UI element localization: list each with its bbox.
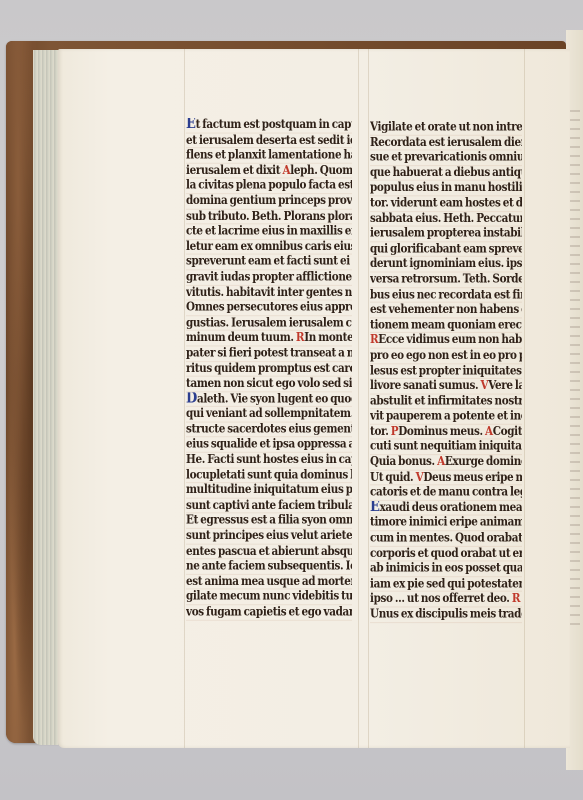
text-line: tionem meam quoniam erectus est inimicus… bbox=[370, 318, 522, 333]
text-line: ierusalem propterea instabilis facta est… bbox=[370, 227, 522, 242]
line-text: gravit iudas propter afflictionem et mul… bbox=[186, 270, 352, 283]
line-text: In monte oliveti oravit ad patrem bbox=[304, 331, 352, 344]
decorated-initial: E bbox=[186, 118, 196, 133]
line-text: tionem meam quoniam erectus est inimicus… bbox=[370, 318, 522, 331]
text-line: Unus ex discipulis meis tradet me hodie bbox=[370, 607, 522, 622]
text-line: He. Facti sunt hostes eius in capite ini… bbox=[186, 453, 352, 468]
text-column-left: Et factum est postquam in captivitatem d… bbox=[186, 118, 352, 620]
text-line: multitudine iniquitatum eius parvuli eiu… bbox=[186, 483, 352, 498]
line-text: cuti sunt nequitiam iniquitatem in excel… bbox=[370, 440, 522, 453]
text-line: eius squalide et ipsa oppressa amaritudi… bbox=[186, 438, 352, 453]
text-line: corporis et quod orabat ut eruerent bbox=[370, 547, 522, 562]
text-line: Daleth. Vie syon lugent eo quod non sint bbox=[186, 392, 352, 407]
line-text: aleth. Vie syon lugent eo quod non sint bbox=[197, 392, 352, 405]
text-line: ne ante faciem subsequentis. Ierusalem R… bbox=[186, 560, 352, 575]
line-text: populus eius in manu hostili et non esse… bbox=[370, 181, 522, 194]
line-text: structe sacerdotes eius gementes. virgin… bbox=[186, 423, 352, 436]
page-block-edges bbox=[33, 50, 61, 745]
line-text: flens et planxit lamentatione hac in bbox=[186, 148, 352, 161]
ruling-line bbox=[358, 49, 359, 748]
line-text: He. Facti sunt hostes eius in capite ini… bbox=[186, 453, 352, 466]
text-line: cum in mentes. Quod orabat ista vox bbox=[370, 531, 522, 546]
line-text: domina gentium princeps provinciarum fac… bbox=[186, 194, 352, 207]
text-line: populus eius in manu hostili et non esse… bbox=[370, 181, 522, 196]
text-line: tor. PDominus meus. ACogitaverunt impii … bbox=[370, 425, 522, 440]
line-text: tamen non sicut ego volo sed sicut tu vi… bbox=[186, 377, 352, 390]
line-text: corporis et quod orabat ut eruerent bbox=[370, 547, 522, 560]
ruling-line bbox=[524, 49, 525, 748]
line-text: multitudine iniquitatum eius parvuli eiu… bbox=[186, 483, 352, 496]
text-line: gustias. Ierusalem ierusalem convertere … bbox=[186, 316, 352, 331]
leather-binding-edge bbox=[6, 41, 36, 743]
text-line: livore sanati sumus. VVere languores nos… bbox=[370, 379, 522, 394]
text-line: spreverunt eam et facti sunt ei inimici.… bbox=[186, 255, 352, 270]
text-line: abstulit et infirmitates nostras ipse po… bbox=[370, 394, 522, 409]
text-line: Et egressus est a filia syon omnis decor… bbox=[186, 514, 352, 529]
line-text: est anima mea usque ad mortem sustinete … bbox=[186, 575, 352, 588]
text-line: Recordata est ierusalem dierum afflictio… bbox=[370, 135, 522, 150]
text-line: sabbata eius. Heth. Peccatum peccavit bbox=[370, 212, 522, 227]
text-line: ipso ... ut nos offerret deo. R bbox=[370, 592, 522, 607]
facing-page-ghost-text bbox=[570, 110, 580, 630]
line-text: cte et lacrime eius in maxillis eius non… bbox=[186, 225, 352, 238]
text-line: est vehementer non habens consolatorem. … bbox=[370, 303, 522, 318]
text-line: letur eam ex omnibus caris eius. Omnes a… bbox=[186, 240, 352, 255]
text-line: vitutis. habitavit inter gentes nec inve… bbox=[186, 285, 352, 300]
rubric-initial: R bbox=[512, 592, 520, 605]
rubric-initial: R bbox=[296, 331, 304, 344]
text-line: que habuerat a diebus antiquis. cum cade… bbox=[370, 166, 522, 181]
line-text: locupletati sunt quia dominus locutus es… bbox=[186, 468, 352, 481]
line-text: minum deum tuum. bbox=[186, 331, 294, 344]
ruling-line bbox=[368, 49, 369, 748]
text-line: Et factum est postquam in captivitatem d… bbox=[186, 118, 352, 133]
line-text: qui veniant ad sollempnitatem. Omnes por… bbox=[186, 407, 352, 420]
line-text: derunt ignominiam eius. ipsa autem gemen… bbox=[370, 257, 522, 270]
text-line: Exaudi deus orationem meam cum deprecor.… bbox=[370, 501, 522, 516]
line-text: tor. viderunt eam hostes et deriserunt bbox=[370, 196, 522, 209]
line-text: ipso ... ut nos offerret deo. bbox=[370, 592, 510, 605]
text-line: qui veniant ad sollempnitatem. Omnes por… bbox=[186, 407, 352, 422]
text-line: tamen non sicut ego volo sed sicut tu vi… bbox=[186, 377, 352, 392]
line-text: Et egressus est a filia syon omnis decor… bbox=[186, 514, 352, 527]
line-text: versa retrorsum. Teth. Sordes eius in pe… bbox=[370, 272, 522, 285]
line-text: ierusalem propterea instabilis facta est… bbox=[370, 227, 522, 240]
line-text: vitutis. habitavit inter gentes nec inve… bbox=[186, 285, 352, 298]
line-text: qui glorificabant eam spreverunt illam q… bbox=[370, 242, 522, 255]
line-text: spreverunt eam et facti sunt ei inimici.… bbox=[186, 255, 352, 268]
line-text: livore sanati sumus. bbox=[370, 379, 478, 392]
line-text: Omnes persecutores eius apprehenderunt e… bbox=[186, 301, 352, 314]
text-line: et ierusalem deserta est sedit ieremias bbox=[186, 133, 352, 148]
text-line: qui glorificabant eam spreverunt illam q… bbox=[370, 242, 522, 257]
line-text: ne ante faciem subsequentis. Ierusalem bbox=[186, 560, 352, 573]
text-line: Omnes persecutores eius apprehenderunt e… bbox=[186, 301, 352, 316]
text-column-right: Vigilate et orate ut non intretis Zay.Re… bbox=[370, 118, 522, 623]
line-text: gilate mecum nunc videbitis turbam que c… bbox=[186, 590, 352, 603]
line-text: Deus meus eripe me de manu pec bbox=[423, 470, 522, 483]
line-text: cum in mentes. Quod orabat ista vox bbox=[370, 531, 522, 544]
line-text: eius squalide et ipsa oppressa amaritudi… bbox=[186, 438, 352, 451]
text-line: pro eo ego non est in eo pro peccatis no… bbox=[370, 349, 522, 364]
text-line: minum deum tuum. RIn monte oliveti oravi… bbox=[186, 331, 352, 346]
text-line: versa retrorsum. Teth. Sordes eius in pe… bbox=[370, 272, 522, 287]
text-line: sunt principes eius velut arietes non in… bbox=[186, 529, 352, 544]
text-line: vos fugam capietis et ego vadam immolari… bbox=[186, 605, 352, 620]
text-line: Ut quid. VDeus meus eripe me de manu pec bbox=[370, 470, 522, 485]
line-text: Recordata est ierusalem dierum afflictio… bbox=[370, 135, 522, 148]
line-text: sunt captivi ante faciem tribulantis. Va… bbox=[186, 499, 352, 512]
line-text: timore inimici eripe animam meam. Secuer… bbox=[370, 516, 522, 529]
text-line: Vigilate et orate ut non intretis Zay. bbox=[370, 118, 522, 135]
line-text: sub tributo. Beth. Plorans ploravit in n… bbox=[186, 209, 352, 222]
text-line: gravit iudas propter afflictionem et mul… bbox=[186, 270, 352, 285]
line-text: sue et prevaricationis omnium desiderabi… bbox=[370, 151, 522, 164]
line-text: ritus quidem promptus est caro autem inf… bbox=[186, 362, 352, 375]
text-line: timore inimici eripe animam meam. Secuer… bbox=[370, 516, 522, 531]
line-text: pater si fieri potest transeat a me cali… bbox=[186, 346, 352, 359]
line-text: pro eo ego non est in eo pro peccatis no… bbox=[370, 349, 522, 362]
line-text: tor. bbox=[370, 425, 388, 438]
text-line: Quia bonus. AExurge domine et iudica cau… bbox=[370, 455, 522, 470]
line-text: sunt principes eius velut arietes non in… bbox=[186, 529, 352, 542]
text-line: cuti sunt nequitiam iniquitatem in excel… bbox=[370, 440, 522, 455]
text-line: entes pascua et abierunt absque fortitud… bbox=[186, 544, 352, 559]
text-line: catoris et de manu contra legem agentis … bbox=[370, 486, 522, 501]
line-text: letur eam ex omnibus caris eius. Omnes a… bbox=[186, 240, 352, 253]
text-line: gilate mecum nunc videbitis turbam que c… bbox=[186, 590, 352, 605]
line-text: vit pauperem a potente et inopem cui non… bbox=[370, 410, 522, 423]
text-line: vit pauperem a potente et inopem cui non… bbox=[370, 410, 522, 425]
line-text: ab inimicis in eos posset quando bbox=[370, 562, 522, 575]
line-text: bus eius nec recordata est finis sui. De… bbox=[370, 288, 522, 301]
line-text: Vigilate et orate ut non intretis bbox=[370, 120, 522, 133]
line-text: abstulit et infirmitates nostras ipse po… bbox=[370, 394, 522, 407]
decorated-initial: D bbox=[186, 392, 197, 407]
line-text: gustias. Ierusalem ierusalem convertere … bbox=[186, 316, 352, 329]
line-text: leph. Quomodo sedet so bbox=[290, 164, 352, 177]
line-text: la civitas plena populo facta est quasi … bbox=[186, 179, 352, 192]
text-line: ab inimicis in eos posset quando bbox=[370, 562, 522, 577]
line-text: Cogitaverunt impii lo bbox=[493, 425, 522, 438]
text-line: ritus quidem promptus est caro autem inf… bbox=[186, 362, 352, 377]
text-line: derunt ignominiam eius. ipsa autem gemen… bbox=[370, 257, 522, 272]
text-line: ierusalem et dixit Aleph. Quomodo sedet … bbox=[186, 164, 352, 179]
line-text: sabbata eius. Heth. Peccatum peccavit bbox=[370, 212, 522, 225]
line-text: Vere languores nostros ipse bbox=[488, 379, 522, 392]
line-text: et ierusalem deserta est sedit ieremias bbox=[186, 133, 352, 146]
line-text: Quia bonus. bbox=[370, 455, 435, 468]
line-text: Ecce vidimus eum non habentem speciem ne… bbox=[378, 333, 522, 346]
line-text: xaudi deus orationem meam cum deprecor. … bbox=[380, 501, 522, 514]
line-text: ierusalem et dixit bbox=[186, 164, 280, 177]
text-line: domina gentium princeps provinciarum fac… bbox=[186, 194, 352, 209]
line-text: lesus est propter iniquitates nostras. C… bbox=[370, 364, 522, 377]
text-line: flens et planxit lamentatione hac in bbox=[186, 148, 352, 163]
line-text: vos fugam capietis et ego vadam immolari… bbox=[186, 605, 352, 618]
text-line: locupletati sunt quia dominus locutus es… bbox=[186, 468, 352, 483]
text-line: iam ex pie sed qui potestatem mors mortu… bbox=[370, 577, 522, 592]
text-line: tor. viderunt eam hostes et deriserunt bbox=[370, 196, 522, 211]
line-text: entes pascua et abierunt absque fortitud… bbox=[186, 544, 352, 557]
ruling-line bbox=[184, 49, 185, 748]
text-line: la civitas plena populo facta est quasi … bbox=[186, 179, 352, 194]
text-line: structe sacerdotes eius gementes. virgin… bbox=[186, 423, 352, 438]
text-line: est anima mea usque ad mortem sustinete … bbox=[186, 575, 352, 590]
text-line: cte et lacrime eius in maxillis eius non… bbox=[186, 225, 352, 240]
line-text: Exurge domine et iudica causam meam. bbox=[445, 455, 522, 468]
rubric-initial: A bbox=[437, 455, 445, 468]
line-text: Ut quid. bbox=[370, 470, 413, 483]
text-line: sunt captivi ante faciem tribulantis. Va… bbox=[186, 499, 352, 514]
line-text: iam ex pie sed qui potestatem mors mortu… bbox=[370, 577, 522, 590]
line-text: est vehementer non habens consolatorem. … bbox=[370, 303, 522, 316]
line-text: Dominus meus. bbox=[398, 425, 483, 438]
line-text: catoris et de manu contra legem agentis … bbox=[370, 486, 522, 499]
text-line: pater si fieri potest transeat a me cali… bbox=[186, 346, 352, 361]
line-text: que habuerat a diebus antiquis. cum cade… bbox=[370, 166, 522, 179]
rubric-initial: A bbox=[485, 425, 493, 438]
text-line: lesus est propter iniquitates nostras. C… bbox=[370, 364, 522, 379]
decorated-initial: E bbox=[370, 501, 380, 516]
line-text: Unus ex discipulis meis tradet me hodie bbox=[370, 607, 522, 620]
text-line: REcce vidimus eum non habentem speciem n… bbox=[370, 333, 522, 348]
text-line: sue et prevaricationis omnium desiderabi… bbox=[370, 151, 522, 166]
text-line: bus eius nec recordata est finis sui. De… bbox=[370, 288, 522, 303]
line-text: t factum est postquam in captivitatem du… bbox=[196, 118, 352, 131]
text-line: sub tributo. Beth. Plorans ploravit in n… bbox=[186, 209, 352, 224]
